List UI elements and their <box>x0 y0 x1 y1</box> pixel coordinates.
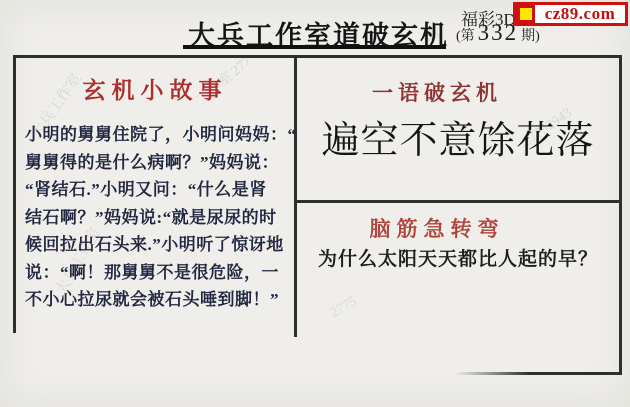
story-text: 小明的舅舅住院了，小明问妈妈：“ 舅舅得的是什么病啊？”妈妈说： “肾结石.”小… <box>25 121 293 314</box>
frame-right-border <box>619 55 622 375</box>
brain-teaser-question: 为什么太阳天天都比人起的早？ <box>296 244 620 271</box>
story-line: 候回拉出石头来.”小明听了惊讶地 <box>25 231 293 259</box>
title-underline <box>183 45 446 49</box>
yellow-square-icon <box>520 8 532 20</box>
story-section-title: 玄机小故事 <box>15 72 295 105</box>
site-logo-badge[interactable]: cz89.com <box>513 2 628 26</box>
watermark-text: 2775 <box>328 294 360 322</box>
mystery-phrase: 遍空不意馀花落 <box>296 109 620 164</box>
badge-left-panel <box>516 5 535 23</box>
right-row-divider <box>294 200 622 203</box>
lottery-tip-sheet: 大兵工作室 工作室 277 大兵工作室 27752943 2775 943 大兵… <box>0 0 630 407</box>
story-line: 结石啊？”妈妈说:“就是尿尿的时 <box>25 204 293 232</box>
frame-top-border <box>13 55 622 58</box>
brain-teaser-section-title: 脑筋急转弯 <box>272 213 602 243</box>
issue-prefix: (第 <box>456 29 475 44</box>
mystery-section-title: 一语破玄机 <box>272 77 602 107</box>
story-line: 说：“啊！那舅舅不是很危险，一 <box>25 259 293 287</box>
story-line: “肾结石.”小明又问：“什么是肾 <box>25 176 293 204</box>
story-line: 舅舅得的是什么病啊？”妈妈说： <box>25 149 293 177</box>
site-url-text: cz89.com <box>535 5 625 23</box>
frame-bottom-border <box>455 372 622 375</box>
issue-suffix: 期) <box>521 29 540 44</box>
story-line: 小明的舅舅住院了，小明问妈妈：“ <box>25 121 293 149</box>
story-line: 不小心拉尿就会被石头唾到脚！” <box>25 286 293 314</box>
